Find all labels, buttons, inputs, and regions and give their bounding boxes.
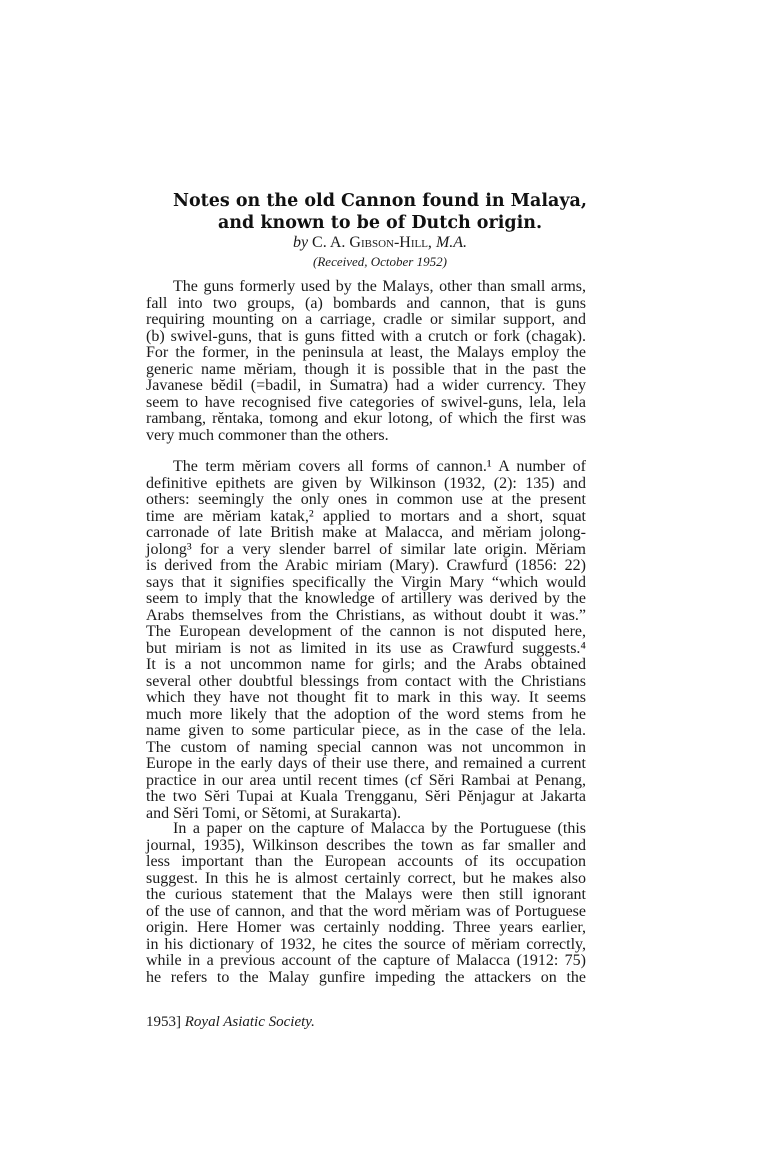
- text-line: jolong³ for a very slender barrel of sim…: [146, 542, 586, 559]
- text-line: suggest. In this he is almost certainly …: [146, 871, 586, 888]
- text-line: Javanese bĕdil (=badil, in Sumatra) had …: [146, 378, 586, 395]
- text-line: rambang, rĕntaka, tomong and ekur lotong…: [146, 411, 586, 428]
- text-line: seem to imply that the knowledge of arti…: [146, 591, 586, 608]
- text-line: The custom of naming special cannon was …: [146, 740, 586, 757]
- text-line: definitive epithets are given by Wilkins…: [146, 476, 586, 493]
- text-line: much more likely that the adoption of th…: [146, 707, 586, 724]
- page-footer: 1953] Royal Asiatic Society.: [146, 1013, 315, 1031]
- text-line: The term mĕriam covers all forms of cann…: [146, 459, 586, 476]
- text-line: is derived from the Arabic miriam (Mary)…: [146, 558, 586, 575]
- text-line: The guns formerly used by the Malays, ot…: [146, 279, 586, 296]
- text-line: while in a previous account of the captu…: [146, 953, 586, 970]
- author-degree: M.A.: [436, 234, 467, 251]
- text-line: carronade of late British make at Malacc…: [146, 525, 586, 542]
- text-line: fall into two groups, (a) bombards and c…: [146, 296, 586, 313]
- byline-prefix: by: [293, 234, 308, 251]
- text-line: In a paper on the capture of Malacca by …: [146, 821, 586, 838]
- text-line: the curious statement that the Malays we…: [146, 887, 586, 904]
- text-line: of the use of cannon, and that the word …: [146, 904, 586, 921]
- journal-page: Notes on the old Cannon found in Malaya,…: [0, 0, 760, 1170]
- text-line: very much commoner than the others.: [146, 428, 586, 445]
- text-line: but miriam is not as limited in its use …: [146, 641, 586, 658]
- text-line: journal, 1935), Wilkinson describes the …: [146, 838, 586, 855]
- text-line: he refers to the Malay gunfire impeding …: [146, 970, 586, 987]
- text-line: the two Sĕri Tupai at Kuala Trengganu, S…: [146, 789, 586, 806]
- text-line: origin. Here Homer was certainly nodding…: [146, 920, 586, 937]
- text-line: seem to have recognised five categories …: [146, 395, 586, 412]
- article-title-line-2: and known to be of Dutch origin.: [140, 212, 620, 234]
- received-date: (Received, October 1952): [140, 254, 620, 270]
- text-line: several other doubtful blessings from co…: [146, 674, 586, 691]
- paragraph-3: In a paper on the capture of Malacca by …: [146, 821, 586, 986]
- text-line: time are mĕriam katak,² applied to morta…: [146, 509, 586, 526]
- author-name: C. A. Gibson-Hill,: [312, 234, 432, 251]
- footer-society: Royal Asiatic Society.: [185, 1014, 315, 1030]
- paragraph-2: The term mĕriam covers all forms of cann…: [146, 459, 586, 822]
- text-line: For the former, in the peninsula at leas…: [146, 345, 586, 362]
- text-line: less important than the European account…: [146, 854, 586, 871]
- text-line: others: seemingly the only ones in commo…: [146, 492, 586, 509]
- text-line: Arabs themselves from the Christians, as…: [146, 608, 586, 625]
- text-line: (b) swivel-guns, that is guns fitted wit…: [146, 329, 586, 346]
- text-line: generic name mĕriam, though it is possib…: [146, 362, 586, 379]
- author-byline: by C. A. Gibson-Hill, M.A.: [140, 234, 620, 252]
- paragraph-1: The guns formerly used by the Malays, ot…: [146, 279, 586, 444]
- article-title-line-1: Notes on the old Cannon found in Malaya,: [140, 190, 620, 212]
- text-line: in his dictionary of 1932, he cites the …: [146, 937, 586, 954]
- text-line: says that it signifies specifically the …: [146, 575, 586, 592]
- text-line: requiring mounting on a carriage, cradle…: [146, 312, 586, 329]
- text-line: The European development of the cannon i…: [146, 624, 586, 641]
- received-text: (Received, October 1952): [313, 254, 447, 269]
- text-line: name given to some particular piece, as …: [146, 723, 586, 740]
- text-line: Europe in the early days of their use th…: [146, 756, 586, 773]
- text-line: practice in our area until recent times …: [146, 773, 586, 790]
- text-line: which they have not thought fit to mark …: [146, 690, 586, 707]
- footer-year: 1953]: [146, 1014, 181, 1030]
- text-line: It is a not uncommon name for girls; and…: [146, 657, 586, 674]
